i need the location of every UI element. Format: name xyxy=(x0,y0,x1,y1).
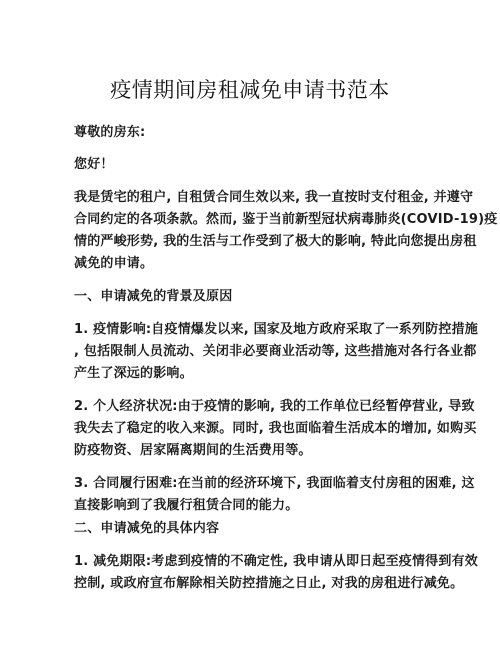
intro-line-2: 合同约定的各项条款。然而, 鉴于当前新型冠状病毒肺炎(COVID-19)疫 xyxy=(74,210,497,230)
section-1-item-3-line-1: 3. 合同履行困难:在当前的经济环境下, 我面临着支付房租的困难, 这 xyxy=(74,474,475,494)
section-2-heading: 二、申请减免的具体内容 xyxy=(74,519,219,539)
section-1-item-2-line-1: 2. 个人经济状况:由于疫情的影响, 我的工作单位已经暂停营业, 导致 xyxy=(74,397,475,417)
section-1-item-1-line-3: 产生了深远的影响。 xyxy=(74,364,193,384)
document-page: 疫情期间房租减免申请书范本 尊敬的房东: 您好！ 我是赁宅的租户, 自租赁合同生… xyxy=(0,0,500,647)
section-2-item-1-line-2: 控制, 或政府宣布解除相关防控措施之日止, 对我的房租进行减免。 xyxy=(74,574,463,594)
section-1-item-3-line-2: 直接影响到了我履行租赁合同的能力。 xyxy=(74,496,298,516)
section-1-item-1-line-1: 1. 疫情影响:自疫情爆发以来, 国家及地方政府采取了一系列防控措施 xyxy=(74,320,478,340)
intro-line-3: 情的严峻形势, 我的生活与工作受到了极大的影响, 特此向您提出房租 xyxy=(74,232,477,252)
intro-line-4: 减免的申请。 xyxy=(74,254,153,274)
salutation: 尊敬的房东: xyxy=(74,123,145,143)
section-1-item-1-line-2: , 包括限制人员流动、关闭非必要商业活动等, 这些措施对各行各业都 xyxy=(74,342,477,362)
greeting: 您好！ xyxy=(74,155,114,175)
intro-line-1: 我是赁宅的租户, 自租赁合同生效以来, 我一直按时支付租金, 并遵守 xyxy=(74,188,473,208)
section-1-item-2-line-2: 我失去了稳定的收入来源。同时, 我也面临着生活成本的增加, 如购买 xyxy=(74,419,477,439)
section-2-item-1-line-1: 1. 减免期限:考虑到疫情的不确定性, 我申请从即日起至疫情得到有效 xyxy=(74,552,478,572)
document-title: 疫情期间房租减免申请书范本 xyxy=(0,76,500,104)
section-1-item-2-line-3: 防疫物资、居家隔离期间的生活费用等。 xyxy=(74,441,312,461)
section-1-heading: 一、申请减免的背景及原因 xyxy=(74,287,232,307)
